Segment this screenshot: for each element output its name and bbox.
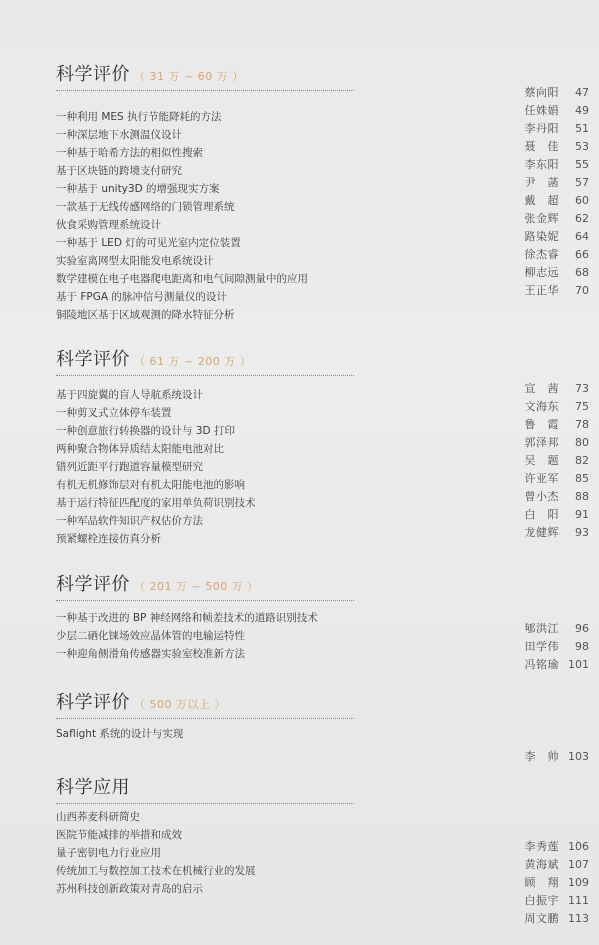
author-entry: 鲁 霞78 bbox=[499, 416, 589, 434]
page-number: 75 bbox=[563, 398, 589, 416]
page-number: 107 bbox=[563, 856, 589, 874]
page-number: 49 bbox=[563, 102, 589, 120]
toc-section-500-plus: 科学评价（ 500 万以上 ） Saflight 系统的设计与实现 bbox=[56, 688, 356, 743]
section-heading: 科学评价（ 201 万 ~ 500 万 ） bbox=[56, 570, 356, 596]
author-entry: 路染妮64 bbox=[499, 228, 589, 246]
author-name: 许亚军 bbox=[505, 470, 559, 488]
toc-item[interactable]: 两种聚合物体异质结太阳能电池对比 bbox=[56, 440, 356, 458]
page-number: 96 bbox=[563, 620, 589, 638]
author-name: 曾小杰 bbox=[505, 488, 559, 506]
author-name: 王正华 bbox=[505, 282, 559, 300]
page-number: 101 bbox=[563, 656, 589, 674]
toc-item[interactable]: 一种基于 LED 灯的可见光室内定位装置 bbox=[56, 234, 356, 252]
author-name: 白 阳 bbox=[505, 506, 559, 524]
toc-item[interactable]: 铜陵地区基于区域观测的降水特征分析 bbox=[56, 306, 356, 324]
author-entry: 龙健辉93 bbox=[499, 524, 589, 542]
author-entry: 张金辉62 bbox=[499, 210, 589, 228]
item-list: 基于四旋翼的盲人导航系统设计 一种剪叉式立体停车装置 一种创意旅行转换器的设计与… bbox=[56, 386, 356, 548]
toc-page: 科学评价（ 31 万 ~ 60 万 ） 一种利用 MES 执行节能降耗的方法 一… bbox=[0, 0, 599, 945]
author-entry: 李丹阳51 bbox=[499, 120, 589, 138]
page-number: 98 bbox=[563, 638, 589, 656]
item-list: Saflight 系统的设计与实现 bbox=[56, 725, 356, 743]
author-list: 李秀莲106 黄海斌107 顾 翔109 白振宇111 周文鹏113 bbox=[499, 838, 589, 928]
section-range: （ 31 万 ~ 60 万 ） bbox=[134, 70, 244, 83]
author-entry: 尹 菡57 bbox=[499, 174, 589, 192]
page-number: 62 bbox=[563, 210, 589, 228]
author-name: 顾 翔 bbox=[505, 874, 559, 892]
author-name: 宣 茜 bbox=[505, 380, 559, 398]
toc-item[interactable]: 医院节能减排的举措和成效 bbox=[56, 826, 356, 844]
author-name: 张金辉 bbox=[505, 210, 559, 228]
toc-item[interactable]: 一种深层地下水测温仪设计 bbox=[56, 126, 356, 144]
section-title: 科学评价 bbox=[56, 574, 130, 595]
section-title: 科学评价 bbox=[56, 349, 130, 370]
author-name: 郭泽邦 bbox=[505, 434, 559, 452]
author-entry: 李秀莲106 bbox=[499, 838, 589, 856]
toc-item[interactable]: 一款基于无线传感网络的门锁管理系统 bbox=[56, 198, 356, 216]
toc-item[interactable]: 一种基于哈希方法的相似性搜索 bbox=[56, 144, 356, 162]
author-name: 李 帅 bbox=[505, 748, 559, 766]
author-name: 白振宇 bbox=[505, 892, 559, 910]
author-name: 龙健辉 bbox=[505, 524, 559, 542]
toc-item[interactable]: 基于区块链的跨境支付研究 bbox=[56, 162, 356, 180]
author-entry: 戴 超60 bbox=[499, 192, 589, 210]
page-number: 68 bbox=[563, 264, 589, 282]
toc-item[interactable]: 传统加工与数控加工技术在机械行业的发展 bbox=[56, 862, 356, 880]
toc-item[interactable]: 预紧螺栓连接仿真分析 bbox=[56, 530, 356, 548]
page-number: 78 bbox=[563, 416, 589, 434]
author-entry: 顾 翔109 bbox=[499, 874, 589, 892]
page-number: 82 bbox=[563, 452, 589, 470]
page-number: 55 bbox=[563, 156, 589, 174]
author-entry: 郇洪江96 bbox=[499, 620, 589, 638]
toc-item[interactable]: 伙食采购管理系统设计 bbox=[56, 216, 356, 234]
toc-item[interactable]: 一种基于改进的 BP 神经网络和帧差技术的道路识别技术 bbox=[56, 609, 356, 627]
author-name: 柳志远 bbox=[505, 264, 559, 282]
toc-item[interactable]: 一种利用 MES 执行节能降耗的方法 bbox=[56, 108, 356, 126]
section-heading: 科学评价（ 500 万以上 ） bbox=[56, 688, 356, 714]
toc-item[interactable]: 一种迎角侧滑角传感器实验室校准新方法 bbox=[56, 645, 356, 663]
author-entry: 许亚军85 bbox=[499, 470, 589, 488]
section-title: 科学评价 bbox=[56, 64, 130, 85]
page-number: 106 bbox=[563, 838, 589, 856]
page-number: 113 bbox=[563, 910, 589, 928]
page-number: 80 bbox=[563, 434, 589, 452]
author-name: 吴 题 bbox=[505, 452, 559, 470]
page-number: 91 bbox=[563, 506, 589, 524]
toc-item[interactable]: 苏州科技创新政策对青岛的启示 bbox=[56, 880, 356, 898]
author-name: 路染妮 bbox=[505, 228, 559, 246]
author-entry: 吴 题82 bbox=[499, 452, 589, 470]
author-entry: 王正华70 bbox=[499, 282, 589, 300]
author-list: 蔡向阳47 任姝娟49 李丹阳51 聂 佳53 李东阳55 尹 菡57 戴 超6… bbox=[499, 84, 589, 300]
toc-item[interactable]: 一种基于 unity3D 的增强现实方案 bbox=[56, 180, 356, 198]
section-heading: 科学评价（ 61 万 ~ 200 万 ） bbox=[56, 345, 356, 371]
toc-item[interactable]: 错列近距平行跑道容量模型研究 bbox=[56, 458, 356, 476]
toc-item[interactable]: 一种剪叉式立体停车装置 bbox=[56, 404, 356, 422]
page-number: 47 bbox=[563, 84, 589, 102]
toc-section-applications: 科学应用 山西荞麦科研简史 医院节能减排的举措和成效 量子密钥电力行业应用 传统… bbox=[56, 773, 356, 898]
toc-item[interactable]: 基于运行特征匹配度的家用单负荷识别技术 bbox=[56, 494, 356, 512]
page-number: 53 bbox=[563, 138, 589, 156]
author-name: 黄海斌 bbox=[505, 856, 559, 874]
author-entry: 李 帅103 bbox=[499, 748, 589, 766]
author-name: 李秀莲 bbox=[505, 838, 559, 856]
page-number: 60 bbox=[563, 192, 589, 210]
author-name: 冯铭瑜 bbox=[505, 656, 559, 674]
dotted-divider bbox=[56, 803, 354, 804]
author-name: 周文鹏 bbox=[505, 910, 559, 928]
author-name: 鲁 霞 bbox=[505, 416, 559, 434]
author-name: 郇洪江 bbox=[505, 620, 559, 638]
author-name: 徐杰睿 bbox=[505, 246, 559, 264]
page-number: 88 bbox=[563, 488, 589, 506]
author-entry: 蔡向阳47 bbox=[499, 84, 589, 102]
toc-item[interactable]: 量子密钥电力行业应用 bbox=[56, 844, 356, 862]
dotted-divider bbox=[56, 600, 354, 601]
author-entry: 郭泽邦80 bbox=[499, 434, 589, 452]
section-title: 科学评价 bbox=[56, 692, 130, 713]
author-entry: 李东阳55 bbox=[499, 156, 589, 174]
section-heading: 科学应用 bbox=[56, 773, 356, 799]
toc-item[interactable]: 基于 FPGA 的脉冲信号测量仪的设计 bbox=[56, 288, 356, 306]
author-name: 聂 佳 bbox=[505, 138, 559, 156]
toc-item[interactable]: 一种创意旅行转换器的设计与 3D 打印 bbox=[56, 422, 356, 440]
author-entry: 聂 佳53 bbox=[499, 138, 589, 156]
item-list: 一种基于改进的 BP 神经网络和帧差技术的道路识别技术 少层二硒化铼场效应晶体管… bbox=[56, 609, 356, 663]
dotted-divider bbox=[56, 718, 354, 719]
page-number: 64 bbox=[563, 228, 589, 246]
item-list: 山西荞麦科研简史 医院节能减排的举措和成效 量子密钥电力行业应用 传统加工与数控… bbox=[56, 808, 356, 898]
author-entry: 徐杰睿66 bbox=[499, 246, 589, 264]
page-number: 111 bbox=[563, 892, 589, 910]
toc-section-61-200: 科学评价（ 61 万 ~ 200 万 ） 基于四旋翼的盲人导航系统设计 一种剪叉… bbox=[56, 345, 356, 548]
section-range: （ 201 万 ~ 500 万 ） bbox=[134, 580, 259, 593]
item-list: 一种利用 MES 执行节能降耗的方法 一种深层地下水测温仪设计 一种基于哈希方法… bbox=[56, 108, 356, 324]
toc-section-31-60: 科学评价（ 31 万 ~ 60 万 ） 一种利用 MES 执行节能降耗的方法 一… bbox=[56, 60, 356, 324]
author-name: 田学伟 bbox=[505, 638, 559, 656]
author-entry: 曾小杰88 bbox=[499, 488, 589, 506]
author-entry: 白 阳91 bbox=[499, 506, 589, 524]
page-number: 51 bbox=[563, 120, 589, 138]
dotted-divider bbox=[56, 375, 354, 376]
author-entry: 冯铭瑜101 bbox=[499, 656, 589, 674]
author-name: 文海东 bbox=[505, 398, 559, 416]
toc-section-201-500: 科学评价（ 201 万 ~ 500 万 ） 一种基于改进的 BP 神经网络和帧差… bbox=[56, 570, 356, 663]
author-list: 李 帅103 bbox=[499, 748, 589, 766]
page-number: 70 bbox=[563, 282, 589, 300]
page-number: 66 bbox=[563, 246, 589, 264]
author-entry: 周文鹏113 bbox=[499, 910, 589, 928]
author-entry: 任姝娟49 bbox=[499, 102, 589, 120]
author-entry: 柳志远68 bbox=[499, 264, 589, 282]
author-entry: 黄海斌107 bbox=[499, 856, 589, 874]
page-number: 85 bbox=[563, 470, 589, 488]
page-number: 93 bbox=[563, 524, 589, 542]
toc-item[interactable]: 少层二硒化铼场效应晶体管的电输运特性 bbox=[56, 627, 356, 645]
toc-item[interactable]: 山西荞麦科研简史 bbox=[56, 808, 356, 826]
toc-item[interactable]: Saflight 系统的设计与实现 bbox=[56, 725, 356, 743]
toc-item[interactable]: 数学建模在电子电器爬电距离和电气间隙测量中的应用 bbox=[56, 270, 356, 288]
author-name: 尹 菡 bbox=[505, 174, 559, 192]
toc-item[interactable]: 基于四旋翼的盲人导航系统设计 bbox=[56, 386, 356, 404]
author-name: 蔡向阳 bbox=[505, 84, 559, 102]
page-number: 103 bbox=[563, 748, 589, 766]
page-number: 57 bbox=[563, 174, 589, 192]
section-title: 科学应用 bbox=[56, 777, 130, 798]
toc-item[interactable]: 实验室离网型太阳能发电系统设计 bbox=[56, 252, 356, 270]
author-list: 郇洪江96 田学伟98 冯铭瑜101 bbox=[499, 620, 589, 674]
author-entry: 田学伟98 bbox=[499, 638, 589, 656]
toc-item[interactable]: 一种军品软件知识产权估价方法 bbox=[56, 512, 356, 530]
dotted-divider bbox=[56, 90, 354, 91]
author-entry: 白振宇111 bbox=[499, 892, 589, 910]
section-range: （ 500 万以上 ） bbox=[134, 698, 226, 711]
toc-item[interactable]: 有机无机修饰层对有机太阳能电池的影响 bbox=[56, 476, 356, 494]
author-list: 宣 茜73 文海东75 鲁 霞78 郭泽邦80 吴 题82 许亚军85 曾小杰8… bbox=[499, 380, 589, 542]
author-entry: 文海东75 bbox=[499, 398, 589, 416]
page-number: 73 bbox=[563, 380, 589, 398]
page-number: 109 bbox=[563, 874, 589, 892]
author-name: 任姝娟 bbox=[505, 102, 559, 120]
author-entry: 宣 茜73 bbox=[499, 380, 589, 398]
section-heading: 科学评价（ 31 万 ~ 60 万 ） bbox=[56, 60, 356, 86]
author-name: 李丹阳 bbox=[505, 120, 559, 138]
author-name: 李东阳 bbox=[505, 156, 559, 174]
author-name: 戴 超 bbox=[505, 192, 559, 210]
section-range: （ 61 万 ~ 200 万 ） bbox=[134, 355, 251, 368]
